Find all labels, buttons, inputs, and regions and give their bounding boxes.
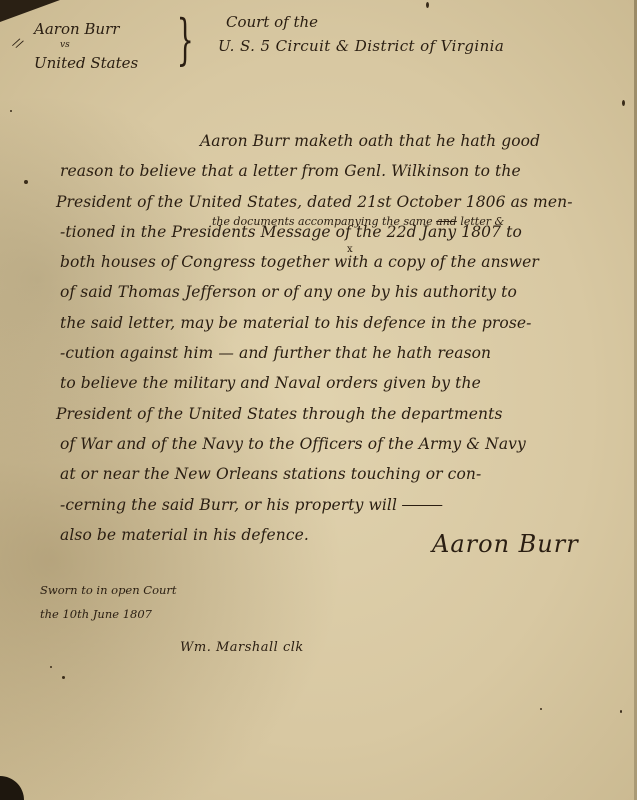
body-line: President of the United States through t… <box>56 399 635 429</box>
clerk-signature: Wm. Marshall clk <box>180 640 304 655</box>
signature-aaron-burr: Aaron Burr <box>432 530 579 558</box>
body-line: the said letter, may be material to his … <box>60 308 635 338</box>
jurat: Sworn to in open Court the 10th June 180… <box>40 578 177 626</box>
caption-defendant: United States <box>34 46 138 80</box>
case-caption: Aaron Burr United States <box>34 12 138 80</box>
body-line: of said Thomas Jefferson or of any one b… <box>60 277 635 307</box>
body-line: of War and of the Navy to the Officers o… <box>60 429 635 459</box>
affidavit-body: Aaron Burr maketh oath that he hath good… <box>60 126 635 550</box>
struck-words <box>402 496 442 514</box>
brace-icon: } <box>177 8 194 71</box>
jurat-line-1: Sworn to in open Court <box>40 578 177 602</box>
court-line-2: U. S. 5 Circuit & District of Virginia <box>218 34 504 58</box>
corner-fold-bottom <box>0 776 24 800</box>
body-line: Aaron Burr maketh oath that he hath good <box>60 126 635 156</box>
court-line-1: Court of the <box>226 10 504 34</box>
body-line: reason to believe that a letter from Gen… <box>60 156 635 186</box>
body-line-text: -cerning the said Burr, or his property … <box>60 496 397 514</box>
body-line: to believe the military and Naval orders… <box>60 368 635 398</box>
jurat-line-2: the 10th June 1807 <box>40 602 177 626</box>
court-heading: Court of the U. S. 5 Circuit & District … <box>222 10 504 58</box>
caption-versus: vs <box>60 40 70 50</box>
document-page: // Aaron Burr United States vs } Court o… <box>0 0 637 800</box>
body-line: at or near the New Orleans stations touc… <box>60 459 635 489</box>
caption-plaintiff: Aaron Burr <box>34 12 138 46</box>
body-line: -cution against him — and further that h… <box>60 338 635 368</box>
body-line: -tioned in the Presidents Message of the… <box>60 217 635 247</box>
margin-tick-mark: // <box>11 35 25 51</box>
body-line: -cerning the said Burr, or his property … <box>60 490 635 520</box>
body-line: both houses of Congress together with a … <box>60 247 635 277</box>
body-line: President of the United States, dated 21… <box>56 187 635 217</box>
